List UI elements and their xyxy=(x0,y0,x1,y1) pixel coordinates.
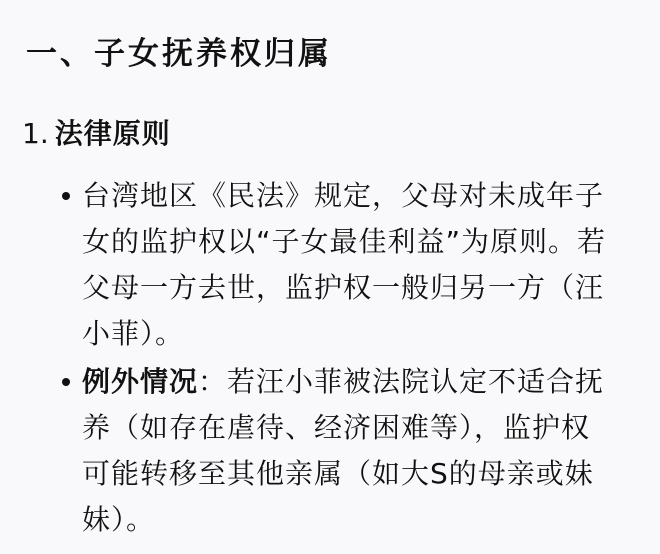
bullet-text-line: 养（如存在虐待、经济困难等），监护权 xyxy=(82,408,590,448)
subsection-number: 1. xyxy=(22,117,49,150)
bullet-text-line: 例外情况：若汪小菲被法院认定不适合抚 xyxy=(82,362,604,402)
bullet-dot-icon xyxy=(62,378,70,386)
bullet-text-line: 女的监护权以“子女最佳利益”为原则。若 xyxy=(82,222,606,262)
bullet-text-line: 父母一方去世，监护权一般归另一方（汪 xyxy=(82,268,604,308)
document: 一、子女抚养权归属 1.法律原则 台湾地区《民法》规定，父母对未成年子 女的监护… xyxy=(0,0,660,554)
exception-lead-text: ：若汪小菲被法院认定不适合抚 xyxy=(198,365,604,398)
section-heading: 一、子女抚养权归属 xyxy=(26,28,332,73)
exception-label: 例外情况 xyxy=(82,365,198,398)
bullet-text-line: 台湾地区《民法》规定，父母对未成年子 xyxy=(82,176,604,216)
subsection-heading: 1.法律原则 xyxy=(22,112,171,152)
subsection-title: 法律原则 xyxy=(55,117,171,150)
bullet-dot-icon xyxy=(62,192,70,200)
bullet-text-line: 妹）。 xyxy=(82,500,155,540)
bullet-text-line: 可能转移至其他亲属（如大S的母亲或妹 xyxy=(82,454,594,494)
bullet-text-line: 小菲）。 xyxy=(82,314,184,354)
